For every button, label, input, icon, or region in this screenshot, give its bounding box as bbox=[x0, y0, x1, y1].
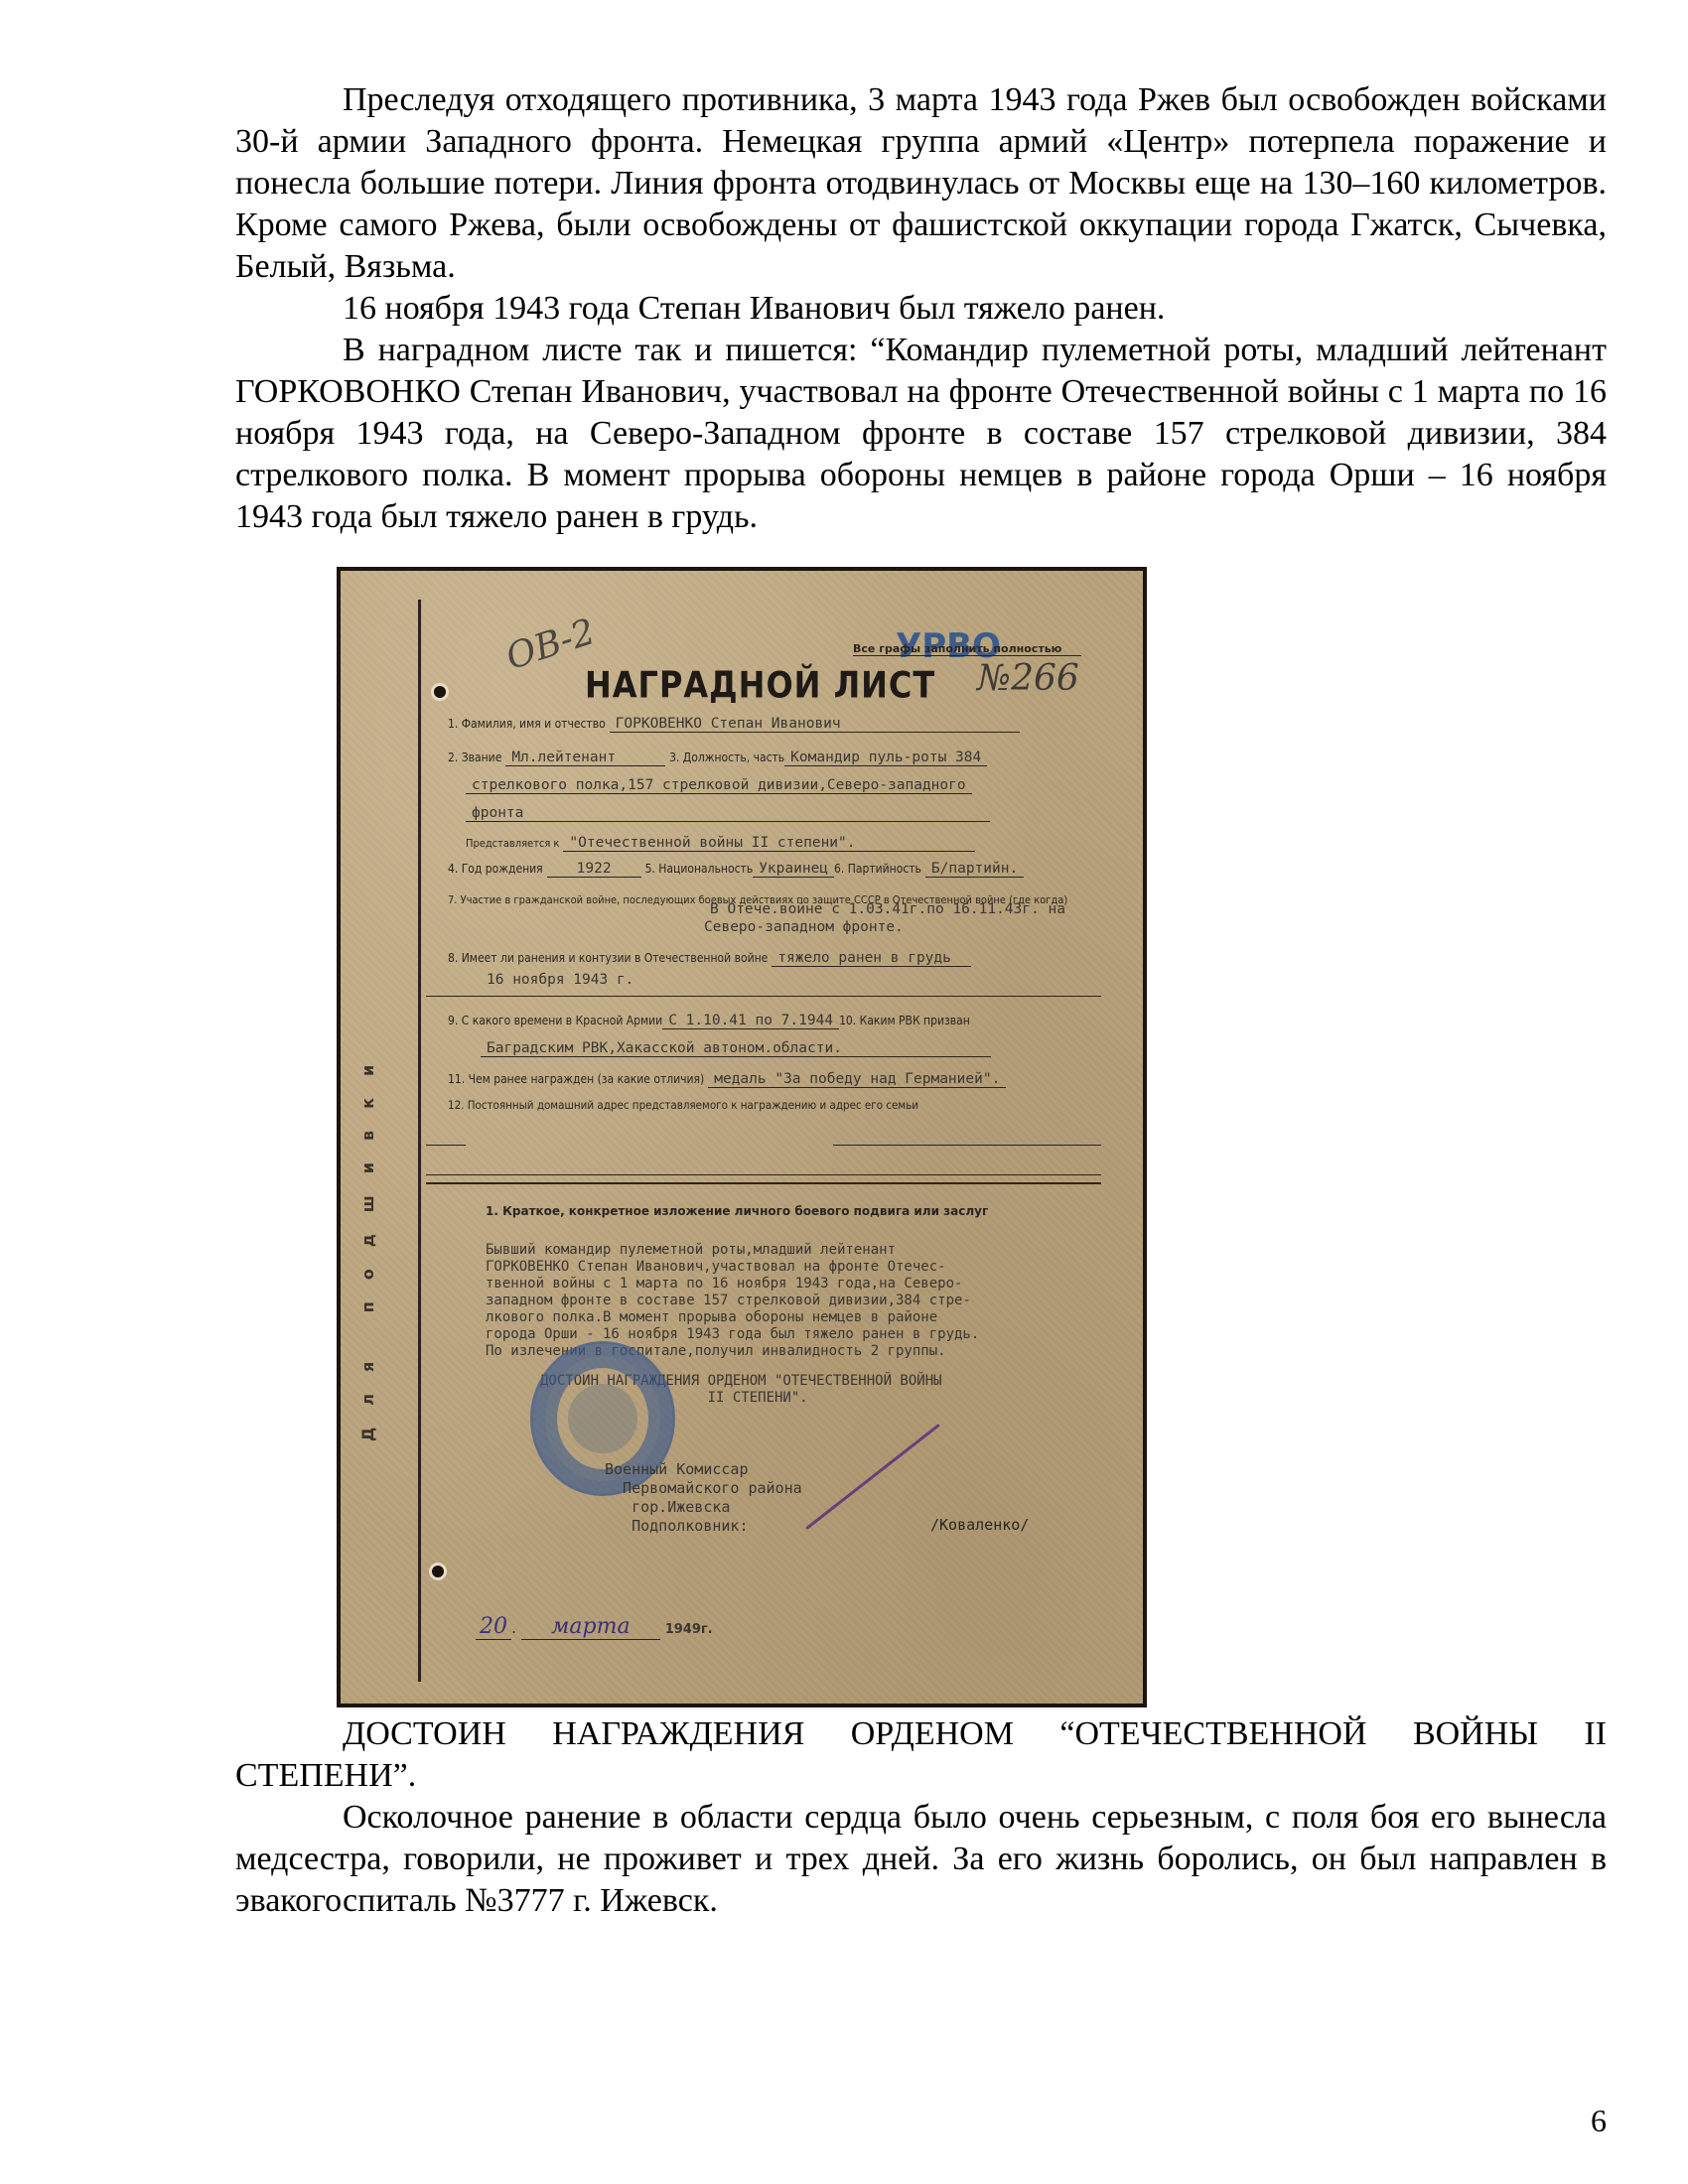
date-year: 1949г. bbox=[665, 1622, 713, 1637]
date-day: 20 bbox=[476, 1614, 511, 1640]
signer-name: /Коваленко/ bbox=[930, 1516, 1029, 1534]
f3-continuation-1: стрелкового полка,157 стрелковой дивизии… bbox=[466, 777, 972, 794]
f4-value: 1922 bbox=[547, 861, 641, 878]
award-caption: ДОСТОИН НАГРАЖДЕНИЯ ОРДЕНОМ “ОТЕЧЕСТВЕНН… bbox=[235, 1713, 1607, 1797]
paragraph-rzhev-liberation: Преследуя отходящего противника, 3 марта… bbox=[235, 79, 1607, 288]
date-month: марта bbox=[521, 1614, 659, 1640]
page-number: 6 bbox=[1591, 2103, 1607, 2139]
award-sheet-photo: Для подшивки ОВ-2 УРВО Все графы заполни… bbox=[337, 567, 1147, 1707]
f1-value: ГОРКОВЕНКО Степан Иванович bbox=[610, 716, 1020, 733]
f8-continuation: 16 ноября 1943 г. bbox=[481, 972, 639, 988]
f8-label: 8. Имеет ли ранения и контузии в Отечест… bbox=[448, 951, 768, 965]
f3-continuation-2: фронта bbox=[466, 805, 990, 822]
f4-label: 4. Год рождения bbox=[448, 862, 543, 876]
punch-hole bbox=[434, 686, 446, 698]
margin-label: Для подшивки bbox=[358, 1033, 398, 1450]
paragraph-wounded: 16 ноября 1943 года Степан Иванович был … bbox=[235, 288, 1607, 330]
sheet-title: НАГРАДНОЙ ЛИСТ bbox=[585, 663, 935, 707]
f10-label: 10. Каким РВК призван bbox=[839, 1014, 970, 1027]
punch-hole bbox=[432, 1566, 444, 1577]
feat-description: Бывший командир пулеметной роты,младший … bbox=[486, 1242, 1081, 1360]
signature-block: Военный Комиссар Первомайского района го… bbox=[605, 1460, 802, 1536]
paragraph-hospital: Осколочное ранение в области сердца было… bbox=[235, 1797, 1607, 1922]
paragraph-award-quote: В наградном листе так и пишется: “Команд… bbox=[235, 330, 1607, 538]
field-rule bbox=[426, 996, 1101, 997]
f9-value: С 1.10.41 по 7.1944 bbox=[662, 1013, 839, 1029]
field-rule bbox=[833, 1145, 1101, 1146]
f2-value: Мл.лейтенант bbox=[505, 750, 665, 766]
f5-value: Украинец bbox=[753, 861, 834, 878]
f6-label: 6. Партийность bbox=[834, 862, 921, 876]
top-note: Все графы заполнить полностью bbox=[853, 642, 1081, 656]
f8-value: тяжело ранен в грудь bbox=[772, 950, 971, 967]
f5-label: 5. Национальность bbox=[645, 862, 754, 876]
section-rule bbox=[426, 1182, 1101, 1184]
f9-label: 9. С какого времени в Красной Армии bbox=[448, 1014, 662, 1027]
f11-label: 11. Чем ранее награжден (за какие отличи… bbox=[448, 1072, 704, 1086]
binding-line bbox=[418, 600, 421, 1682]
f6-value: Б/партийн. bbox=[925, 861, 1024, 878]
field-rule bbox=[426, 1145, 466, 1146]
f1-label: 1. Фамилия, имя и отчество bbox=[448, 717, 606, 731]
sheet-date: 20. марта 1949г. bbox=[476, 1614, 713, 1639]
f3-label: 3. Должность, часть bbox=[669, 751, 784, 764]
nominated-label: Представляется к bbox=[466, 837, 559, 850]
field-rule bbox=[426, 1174, 1101, 1175]
nominated-value: "Отечественной войны II степени". bbox=[563, 835, 974, 852]
f10-value: Баградским РВК,Хакасской автоном.области… bbox=[481, 1040, 991, 1057]
f11-value: медаль "За победу над Германией". bbox=[708, 1071, 1006, 1088]
f2-label: 2. Звание bbox=[448, 751, 501, 764]
f7-value: В Отече.войне с 1.03.41г.по 16.11.43г. н… bbox=[704, 901, 1065, 935]
feat-section-title: 1. Краткое, конкретное изложение личного… bbox=[486, 1204, 988, 1218]
f3-value: Командир пуль-роты 384 bbox=[784, 750, 987, 766]
sheet-number: №266 bbox=[977, 658, 1079, 699]
signature-scrawl bbox=[805, 1424, 940, 1530]
f12-label: 12. Постоянный домашний адрес представля… bbox=[448, 1098, 918, 1112]
